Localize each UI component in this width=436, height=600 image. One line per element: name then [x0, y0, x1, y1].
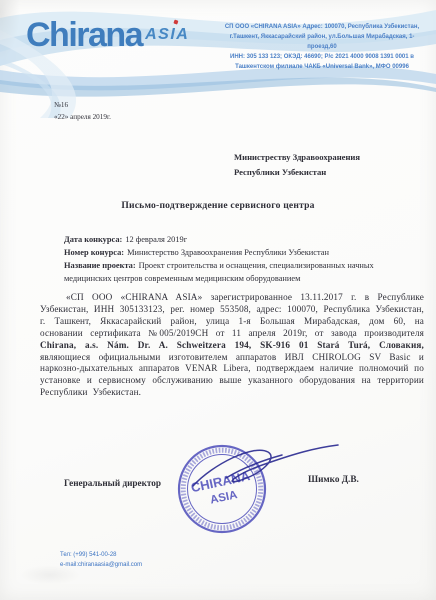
- company-info-line: СП ООО «CHIRANA ASIA» Адрес: 100070, Рес…: [216, 22, 428, 32]
- company-info-line: Ташкентском филиале ЧАКБ «Universal Bank…: [216, 62, 428, 72]
- detail-label: Название проекта:: [64, 261, 136, 270]
- detail-row: Название проекта:Проект строительства и …: [64, 259, 422, 285]
- reference-number: №16: [54, 100, 111, 112]
- footer-contact-block: Тел: (+99) 541-00-28 e-mail:chiranaasia@…: [60, 551, 142, 570]
- company-contact-block: СП ООО «CHIRANA ASIA» Адрес: 100070, Рес…: [216, 22, 428, 72]
- stamp-center-line1: CHIRANA: [190, 468, 252, 495]
- detail-label: Номер конурса:: [64, 248, 124, 257]
- logo-brand-text: Chirana: [26, 16, 142, 54]
- footer-email: e-mail:chiranaasia@gmail.com: [60, 561, 142, 571]
- company-logo: ChiranaASIA: [26, 16, 189, 55]
- logo-sub-text: ASIA: [145, 26, 189, 43]
- body-text-part2: являющиеся официальными изготовителем ап…: [40, 352, 424, 398]
- detail-row: Дата конкурса:12 февраля 2019г: [64, 233, 422, 246]
- scanned-letter-page: ChiranaASIA СП ООО «CHIRANA ASIA» Адрес:…: [0, 0, 436, 600]
- addressee-line: Республики Узбекистан: [234, 165, 360, 180]
- letter-body-paragraph: «СП ООО «CHIRANA ASIA» зарегистрированно…: [40, 292, 424, 399]
- company-stamp: CHIRANA ASIA: [168, 436, 346, 550]
- addressee-block: Министреству Здравоохранения Республики …: [234, 150, 360, 180]
- stamp-center-line2: ASIA: [209, 489, 238, 506]
- signatory-role: Генеральный директор: [64, 478, 161, 488]
- company-info-line: ИНН: 305 133 123; ОКЭД: 46690; Р/с 2021 …: [216, 52, 428, 62]
- reference-date: «22» апреля 2019г.: [54, 112, 111, 124]
- footer-phone: Тел: (+99) 541-00-28: [60, 551, 142, 561]
- logo-red-dot-icon: [173, 20, 177, 24]
- manufacturer-name-bold: Chirana, a.s. Nám. Dr. A. Schweitzera 19…: [40, 340, 424, 350]
- letter-title: Письмо-подтверждение сервисного центра: [0, 200, 436, 211]
- reference-block: №16 «22» апреля 2019г.: [54, 100, 111, 123]
- detail-row: Номер конурса:Министерство Здравоохранен…: [64, 246, 422, 259]
- detail-value: Министерство Здравоохранения Республики …: [127, 248, 329, 257]
- detail-value: 12 февраля 2019г: [125, 235, 187, 244]
- addressee-line: Министреству Здравоохранения: [234, 150, 360, 165]
- body-text-part1: «СП ООО «CHIRANA ASIA» зарегистрированно…: [40, 292, 424, 338]
- tender-details-block: Дата конкурса:12 февраля 2019г Номер кон…: [64, 233, 422, 285]
- company-info-line: г.Ташкент, Яккасарайский район, ул.Больш…: [216, 32, 428, 52]
- detail-label: Дата конкурса:: [64, 235, 122, 244]
